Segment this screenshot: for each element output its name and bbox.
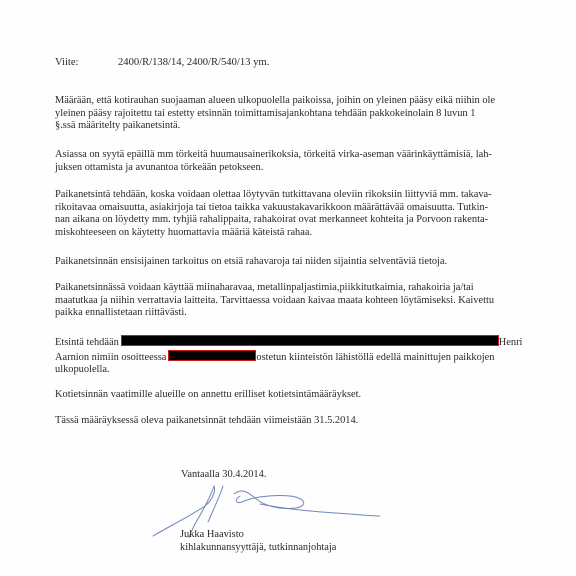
text-line: Asiassa on syytä epäillä mm törkeitä huu… <box>55 149 525 162</box>
document-page: Viite:2400/R/138/14, 2400/R/540/13 ym. M… <box>0 0 576 576</box>
text-line: nan aikana on löydetty mm. tyhjiä rahali… <box>55 214 525 227</box>
text-line: §.ssä määritelty paikanetsintä. <box>55 120 525 133</box>
text-fragment: Henri <box>499 337 523 348</box>
signer-name: Jukka Haavisto <box>180 529 336 542</box>
text-line: miskohteeseen on käytetty huomattavia mä… <box>55 227 525 240</box>
text-line: Tässä määräyksessä oleva paikanetsinnät … <box>55 415 525 428</box>
text-line: ulkopuolella. <box>55 364 525 377</box>
text-line: yleinen pääsy rajoitettu tai estetty ets… <box>55 108 525 121</box>
text-line: Määrään, että kotirauhan suojaaman aluee… <box>55 95 525 108</box>
paragraph-suspicion: Asiassa on syytä epäillä mm törkeitä huu… <box>55 149 525 174</box>
text-line: Paikanetsinnässä voidaan käyttää miinaha… <box>55 282 525 295</box>
paragraph-home-search: Kotietsinnän vaatimille alueille on anne… <box>55 389 525 402</box>
signer-title: kihlakunnansyyttäjä, tutkinnanjohtaja <box>180 542 336 555</box>
paragraph-grounds: Paikanetsintä tehdään, koska voidaan ole… <box>55 189 525 239</box>
text-line: juksen ottamista ja avunantoa törkeään p… <box>55 162 525 175</box>
reference-line: Viite:2400/R/138/14, 2400/R/540/13 ym. <box>55 57 269 70</box>
reference-value: 2400/R/138/14, 2400/R/540/13 ym. <box>118 57 269 68</box>
paragraph-purpose: Paikanetsinnän ensisijainen tarkoitus on… <box>55 256 525 269</box>
text-line: Aarnion nimiin osoitteessaostetun kiinte… <box>55 350 525 365</box>
text-line: Paikanetsintä tehdään, koska voidaan ole… <box>55 189 525 202</box>
redaction-box <box>121 335 499 346</box>
text-line: paikka ennallistetaan riittävästi. <box>55 307 525 320</box>
text-fragment: Aarnion nimiin osoitteessa <box>55 352 166 363</box>
text-fragment: ostetun kiinteistön lähistöllä edellä ma… <box>256 352 494 363</box>
paragraph-search-location: Etsintä tehdäänHenri Aarnion nimiin osoi… <box>55 335 525 377</box>
text-line: maatutkaa ja niihin verrattavia laitteit… <box>55 295 525 308</box>
text-line: Etsintä tehdäänHenri <box>55 335 525 350</box>
redaction-box <box>168 350 256 361</box>
text-line: rikoitavaa omaisuutta, asiakirjoja tai t… <box>55 202 525 215</box>
signer-block: Jukka Haavisto kihlakunnansyyttäjä, tutk… <box>180 529 336 554</box>
text-fragment: Etsintä tehdään <box>55 337 119 348</box>
paragraph-methods: Paikanetsinnässä voidaan käyttää miinaha… <box>55 282 525 320</box>
reference-label: Viite: <box>55 57 118 70</box>
paragraph-order: Määrään, että kotirauhan suojaaman aluee… <box>55 95 525 133</box>
text-line: Paikanetsinnän ensisijainen tarkoitus on… <box>55 256 525 269</box>
text-line: Kotietsinnän vaatimille alueille on anne… <box>55 389 525 402</box>
paragraph-deadline: Tässä määräyksessä oleva paikanetsinnät … <box>55 415 525 428</box>
